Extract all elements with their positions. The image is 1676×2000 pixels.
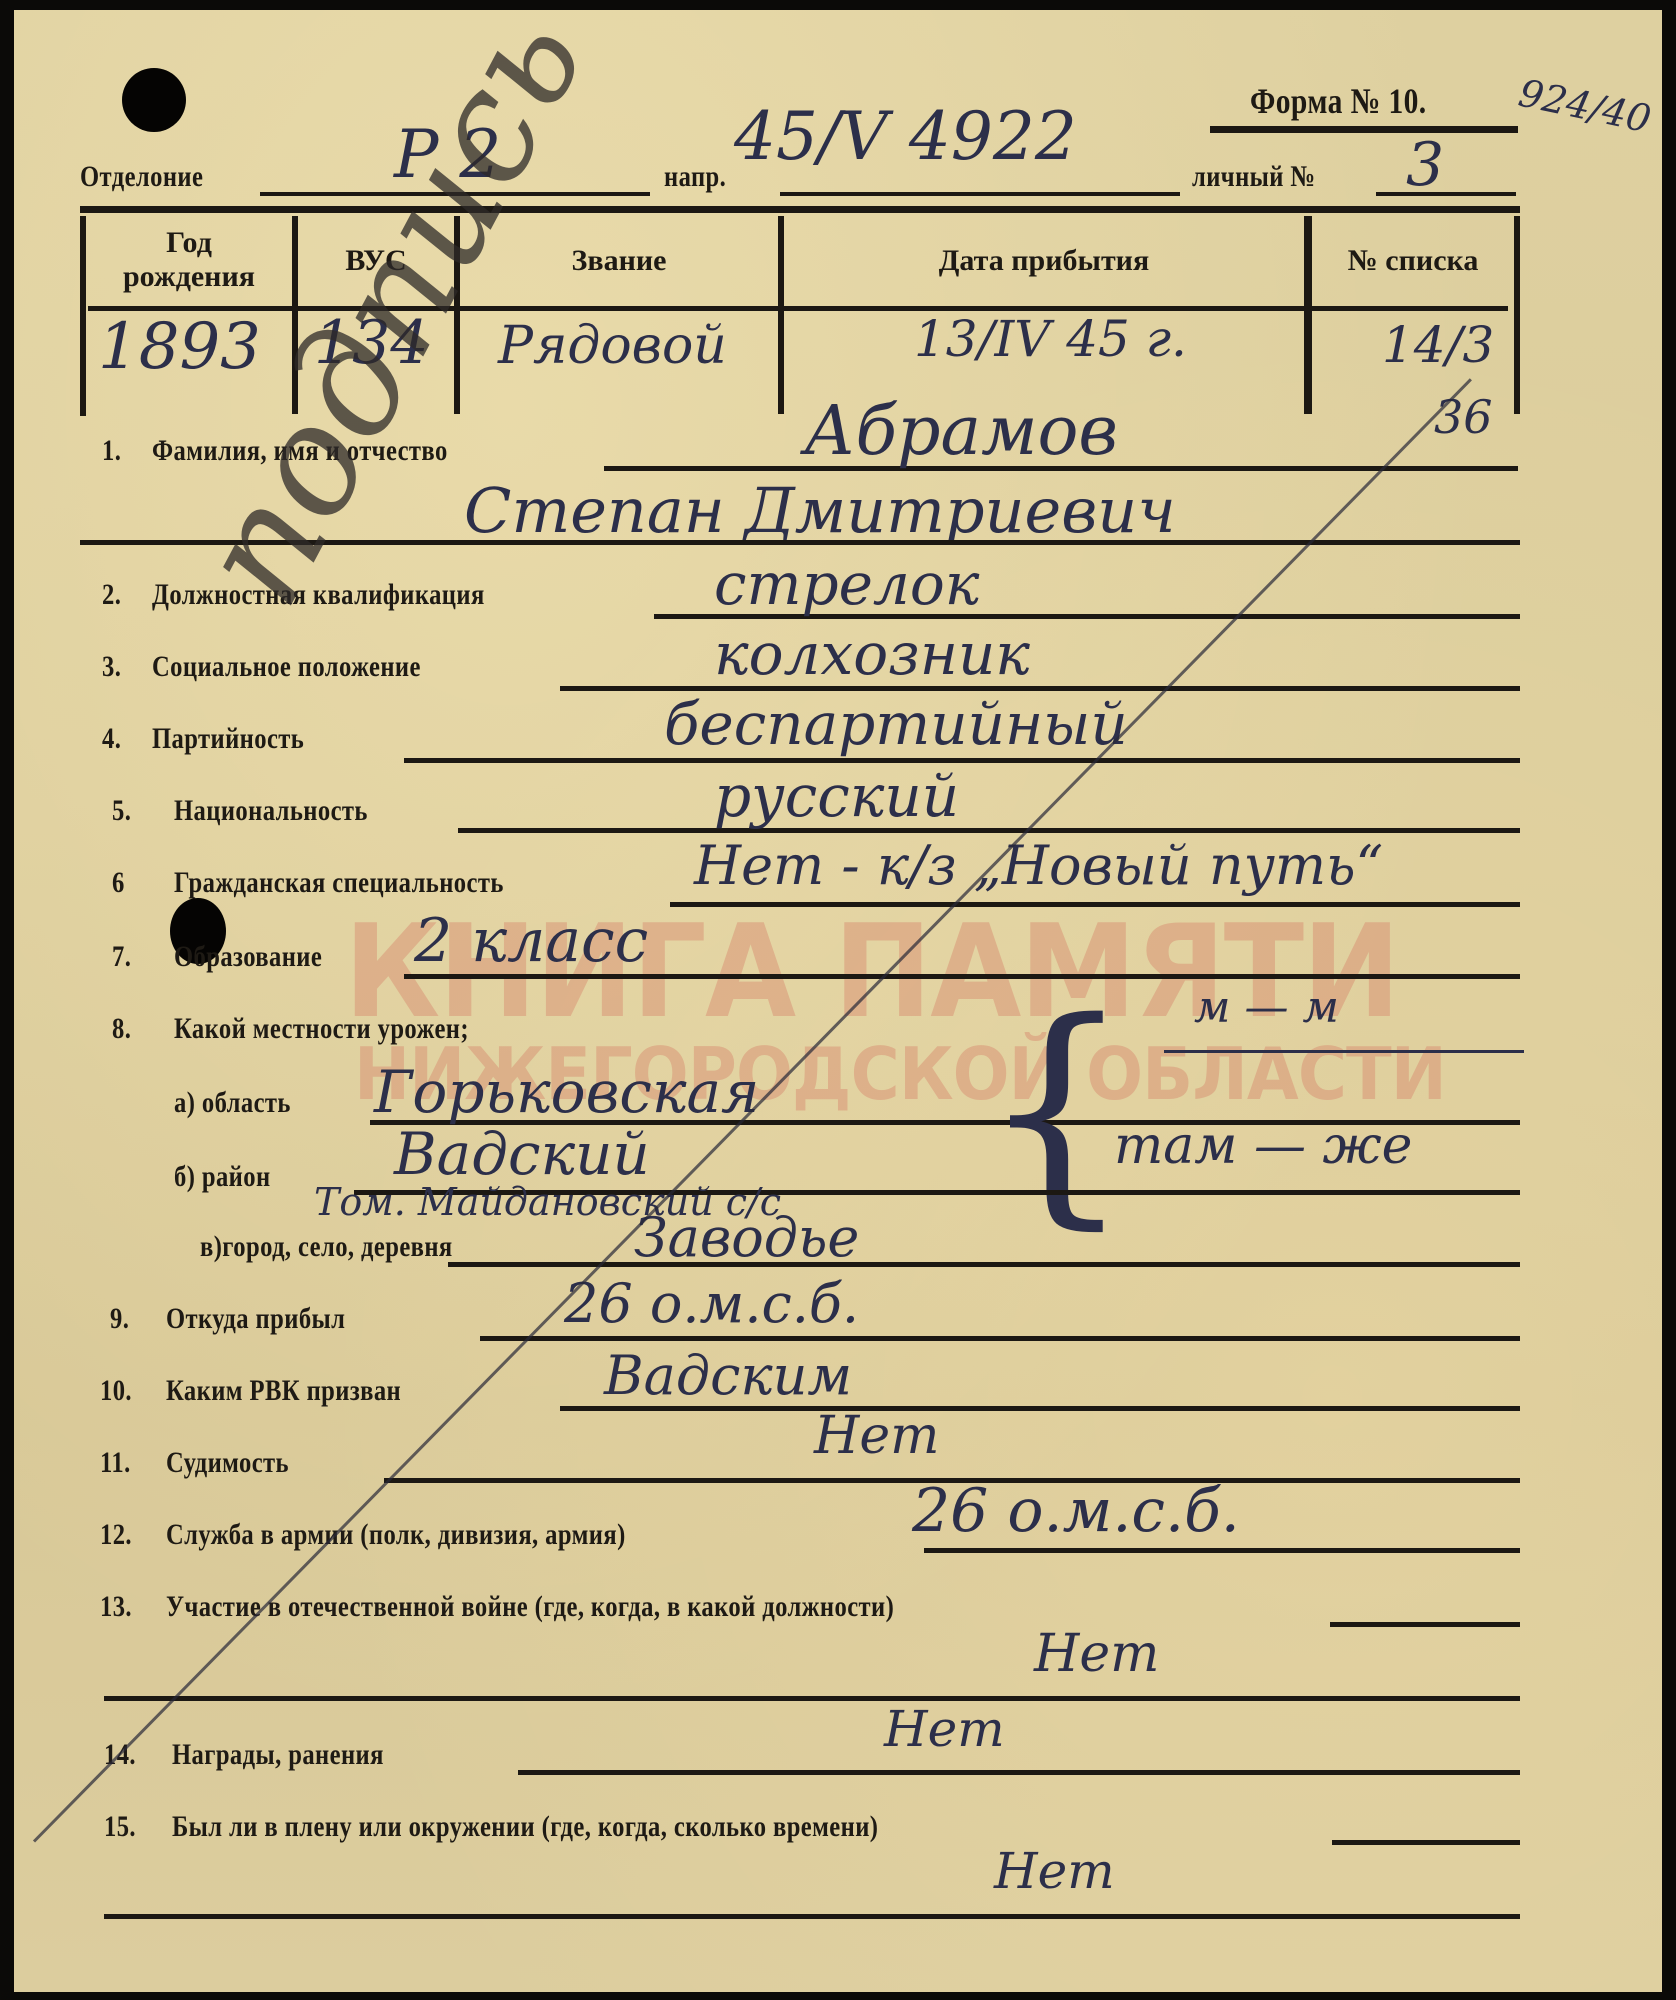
table-right-border xyxy=(1514,216,1520,414)
field-1-value-line2: Степан Дмитриевич xyxy=(464,474,1176,547)
field-13-underline-2 xyxy=(104,1696,1520,1701)
brace-note-top: м — м xyxy=(1194,982,1339,1033)
field-3-number: 3. xyxy=(102,650,121,684)
field-12-underline xyxy=(924,1548,1520,1553)
field-15-underline-2 xyxy=(104,1914,1520,1919)
field-10-number: 10. xyxy=(100,1374,132,1408)
field-1-number: 1. xyxy=(102,434,121,468)
direction-value: 45/V 4922 xyxy=(734,98,1077,175)
field-8c-underline xyxy=(448,1262,1520,1267)
field-11-label: Судимость xyxy=(166,1446,289,1480)
brace-note-bottom: там — же xyxy=(1114,1116,1412,1176)
field-8-number: 8. xyxy=(112,1012,131,1046)
archival-form-card: КНИГА ПАМЯТИ НИЖЕГОРОДСКОЙ ОБЛАСТИ Форма… xyxy=(14,10,1662,1992)
brace-symbol: { xyxy=(980,970,1133,1250)
field-15-number: 15. xyxy=(104,1810,136,1844)
field-8a-value: Горьковская xyxy=(374,1058,759,1126)
form-number-label: Форма № 10. xyxy=(1250,80,1427,122)
field-14-value: Нет xyxy=(884,1700,1005,1758)
field-9-underline xyxy=(480,1336,1520,1341)
cell-arrival-date: 13/IV 45 г. xyxy=(914,310,1187,368)
field-5-underline xyxy=(458,828,1520,833)
field-13-value: Нет xyxy=(1034,1624,1159,1684)
field-6-value: Нет - к/з „Новый путь“ xyxy=(694,834,1383,897)
field-9-number: 9. xyxy=(110,1302,129,1336)
field-8b-label: б) район xyxy=(174,1160,271,1194)
field-7-number: 7. xyxy=(112,940,131,974)
table-top-border xyxy=(80,206,1520,213)
field-6-underline xyxy=(670,902,1520,907)
field-11-number: 11. xyxy=(100,1446,131,1480)
field-3-value: колхозник xyxy=(714,620,1030,688)
field-2-number: 2. xyxy=(102,578,121,612)
field-8a-label: а) область xyxy=(174,1086,291,1120)
division-label: Отделоние xyxy=(80,160,203,194)
field-7-value: 2 класс xyxy=(414,906,648,976)
brace-note-line xyxy=(1164,1050,1524,1053)
field-12-number: 12. xyxy=(100,1518,132,1552)
field-6-number: 6 xyxy=(112,866,125,900)
header-text-line2: рождения xyxy=(86,260,292,294)
field-1-value: Абрамов xyxy=(804,392,1118,471)
field-12-value: 26 о.м.с.б. xyxy=(912,1476,1240,1546)
form-number-underline xyxy=(1210,126,1518,133)
direction-label: напр. xyxy=(664,160,726,194)
table-col-divider-4 xyxy=(1304,216,1312,414)
punch-hole-top xyxy=(122,68,186,132)
field-5-label: Национальность xyxy=(174,794,368,828)
personal-number-value: 3 xyxy=(1406,130,1444,200)
cell-rank: Рядовой xyxy=(498,316,727,376)
personal-number-underline xyxy=(1376,192,1516,196)
field-13-number: 13. xyxy=(100,1590,132,1624)
field-15-label: Был ли в плену или окружении (где, когда… xyxy=(172,1810,878,1844)
cell-birth-year: 1893 xyxy=(98,310,261,384)
field-13-underline xyxy=(1330,1622,1520,1627)
field-5-value: русский xyxy=(714,762,959,830)
field-4-underline xyxy=(404,758,1520,763)
field-11-value: Нет xyxy=(814,1406,939,1466)
field-10-label: Каким РВК призван xyxy=(166,1374,401,1408)
field-2-value: стрелок xyxy=(714,550,979,618)
field-4-label: Партийность xyxy=(152,722,304,756)
field-8-label: Какой местности урожен; xyxy=(174,1012,469,1046)
form-handwritten-number: 924/40 xyxy=(1515,71,1655,142)
direction-underline xyxy=(780,192,1180,196)
table-header-birth-year: Год рождения xyxy=(86,226,292,294)
list-number-extra: 36 xyxy=(1434,390,1493,444)
field-14-label: Награды, ранения xyxy=(172,1738,384,1772)
table-header-list-number: № списка xyxy=(1312,244,1514,278)
field-8b-value: Вадский xyxy=(394,1120,650,1188)
field-6-label: Гражданская специальность xyxy=(174,866,504,900)
field-8c-label: в)город, село, деревня xyxy=(200,1230,453,1264)
field-4-value: беспартийный xyxy=(664,690,1128,758)
cell-list-number: 14/3 xyxy=(1382,316,1494,374)
field-4-number: 4. xyxy=(102,722,121,756)
field-9-value: 26 о.м.с.б. xyxy=(564,1272,859,1335)
field-3-label: Социальное положение xyxy=(152,650,421,684)
field-9-label: Откуда прибыл xyxy=(166,1302,345,1336)
field-15-value: Нет xyxy=(994,1842,1115,1900)
field-12-label: Служба в армии (полк, дивизия, армия) xyxy=(166,1518,626,1552)
table-header-arrival-date: Дата прибытия xyxy=(784,244,1304,278)
field-5-number: 5. xyxy=(112,794,131,828)
field-7-label: Образование xyxy=(174,940,322,974)
field-8c-value: Заводье xyxy=(634,1206,859,1269)
header-text-line1: Год xyxy=(86,226,292,260)
field-15-underline xyxy=(1332,1840,1520,1845)
personal-number-label: личный № xyxy=(1192,160,1316,194)
field-10-value: Вадским xyxy=(604,1344,852,1407)
field-14-underline xyxy=(518,1770,1520,1775)
